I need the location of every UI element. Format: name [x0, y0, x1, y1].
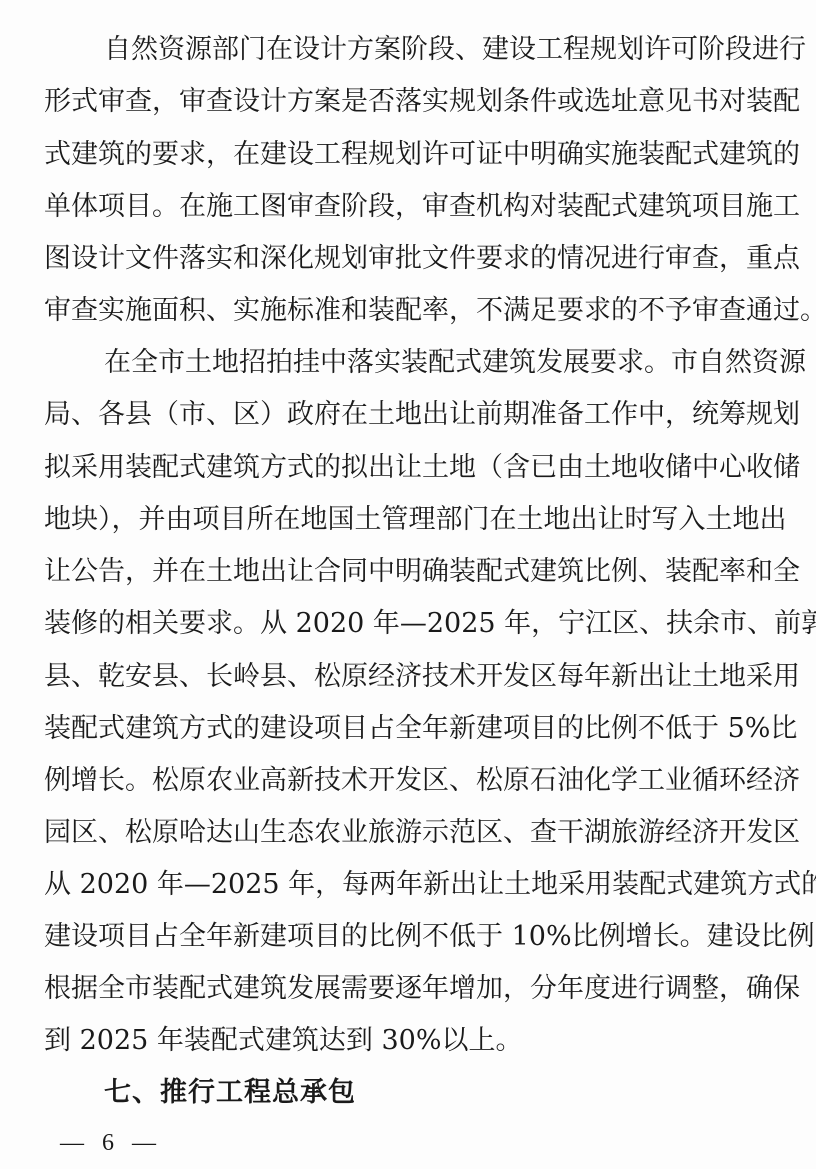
paragraph-1-line-2: 形式审查，审查设计方案是否落实规划条件或选址意见书对装配	[44, 82, 786, 122]
section-heading: 七、推行工程总承包	[104, 1073, 356, 1113]
paragraph-2-line-6: 装修的相关要求。从 2020 年—2025 年，宁江区、扶余市、前郭	[44, 604, 786, 644]
paragraph-2-line-12: 建设项目占全年新建项目的比例不低于 10%比例增长。建设比例	[44, 917, 786, 957]
page-number: — 6 —	[60, 1128, 162, 1158]
paragraph-2-line-5: 让公告，并在土地出让合同中明确装配式建筑比例、装配率和全	[44, 552, 786, 592]
paragraph-2-line-1: 在全市土地招拍挂中落实装配式建筑发展要求。市自然资源	[104, 343, 786, 383]
paragraph-2-line-13: 根据全市装配式建筑发展需要逐年增加，分年度进行调整，确保	[44, 969, 786, 1009]
paragraph-2-line-7: 县、乾安县、长岭县、松原经济技术开发区每年新出让土地采用	[44, 657, 786, 697]
paragraph-1-line-4: 单体项目。在施工图审查阶段，审查机构对装配式建筑项目施工	[44, 187, 786, 227]
document-page: 自然资源部门在设计方案阶段、建设工程规划许可阶段进行 形式审查，审查设计方案是否…	[0, 0, 816, 1169]
paragraph-2-line-14: 到 2025 年装配式建筑达到 30%以上。	[44, 1021, 786, 1061]
paragraph-1-line-5: 图设计文件落实和深化规划审批文件要求的情况进行审查，重点	[44, 239, 786, 279]
paragraph-2-line-9: 例增长。松原农业高新技术开发区、松原石油化学工业循环经济	[44, 761, 786, 801]
paragraph-2-line-10: 园区、松原哈达山生态农业旅游示范区、查干湖旅游经济开发区	[44, 813, 786, 853]
paragraph-1-line-6: 审查实施面积、实施标准和装配率，不满足要求的不予审查通过。	[44, 291, 786, 331]
paragraph-2-line-8: 装配式建筑方式的建设项目占全年新建项目的比例不低于 5%比	[44, 709, 786, 749]
paragraph-1-line-3: 式建筑的要求，在建设工程规划许可证中明确实施装配式建筑的	[44, 135, 786, 175]
paragraph-2-line-2: 局、各县（市、区）政府在土地出让前期准备工作中，统筹规划	[44, 395, 786, 435]
paragraph-2-line-11: 从 2020 年—2025 年，每两年新出让土地采用装配式建筑方式的	[44, 865, 786, 905]
paragraph-1-line-1: 自然资源部门在设计方案阶段、建设工程规划许可阶段进行	[104, 30, 786, 70]
paragraph-2-line-3: 拟采用装配式建筑方式的拟出让土地（含已由土地收储中心收储	[44, 448, 786, 488]
paragraph-2-line-4: 地块），并由项目所在地国土管理部门在土地出让时写入土地出	[44, 500, 786, 540]
